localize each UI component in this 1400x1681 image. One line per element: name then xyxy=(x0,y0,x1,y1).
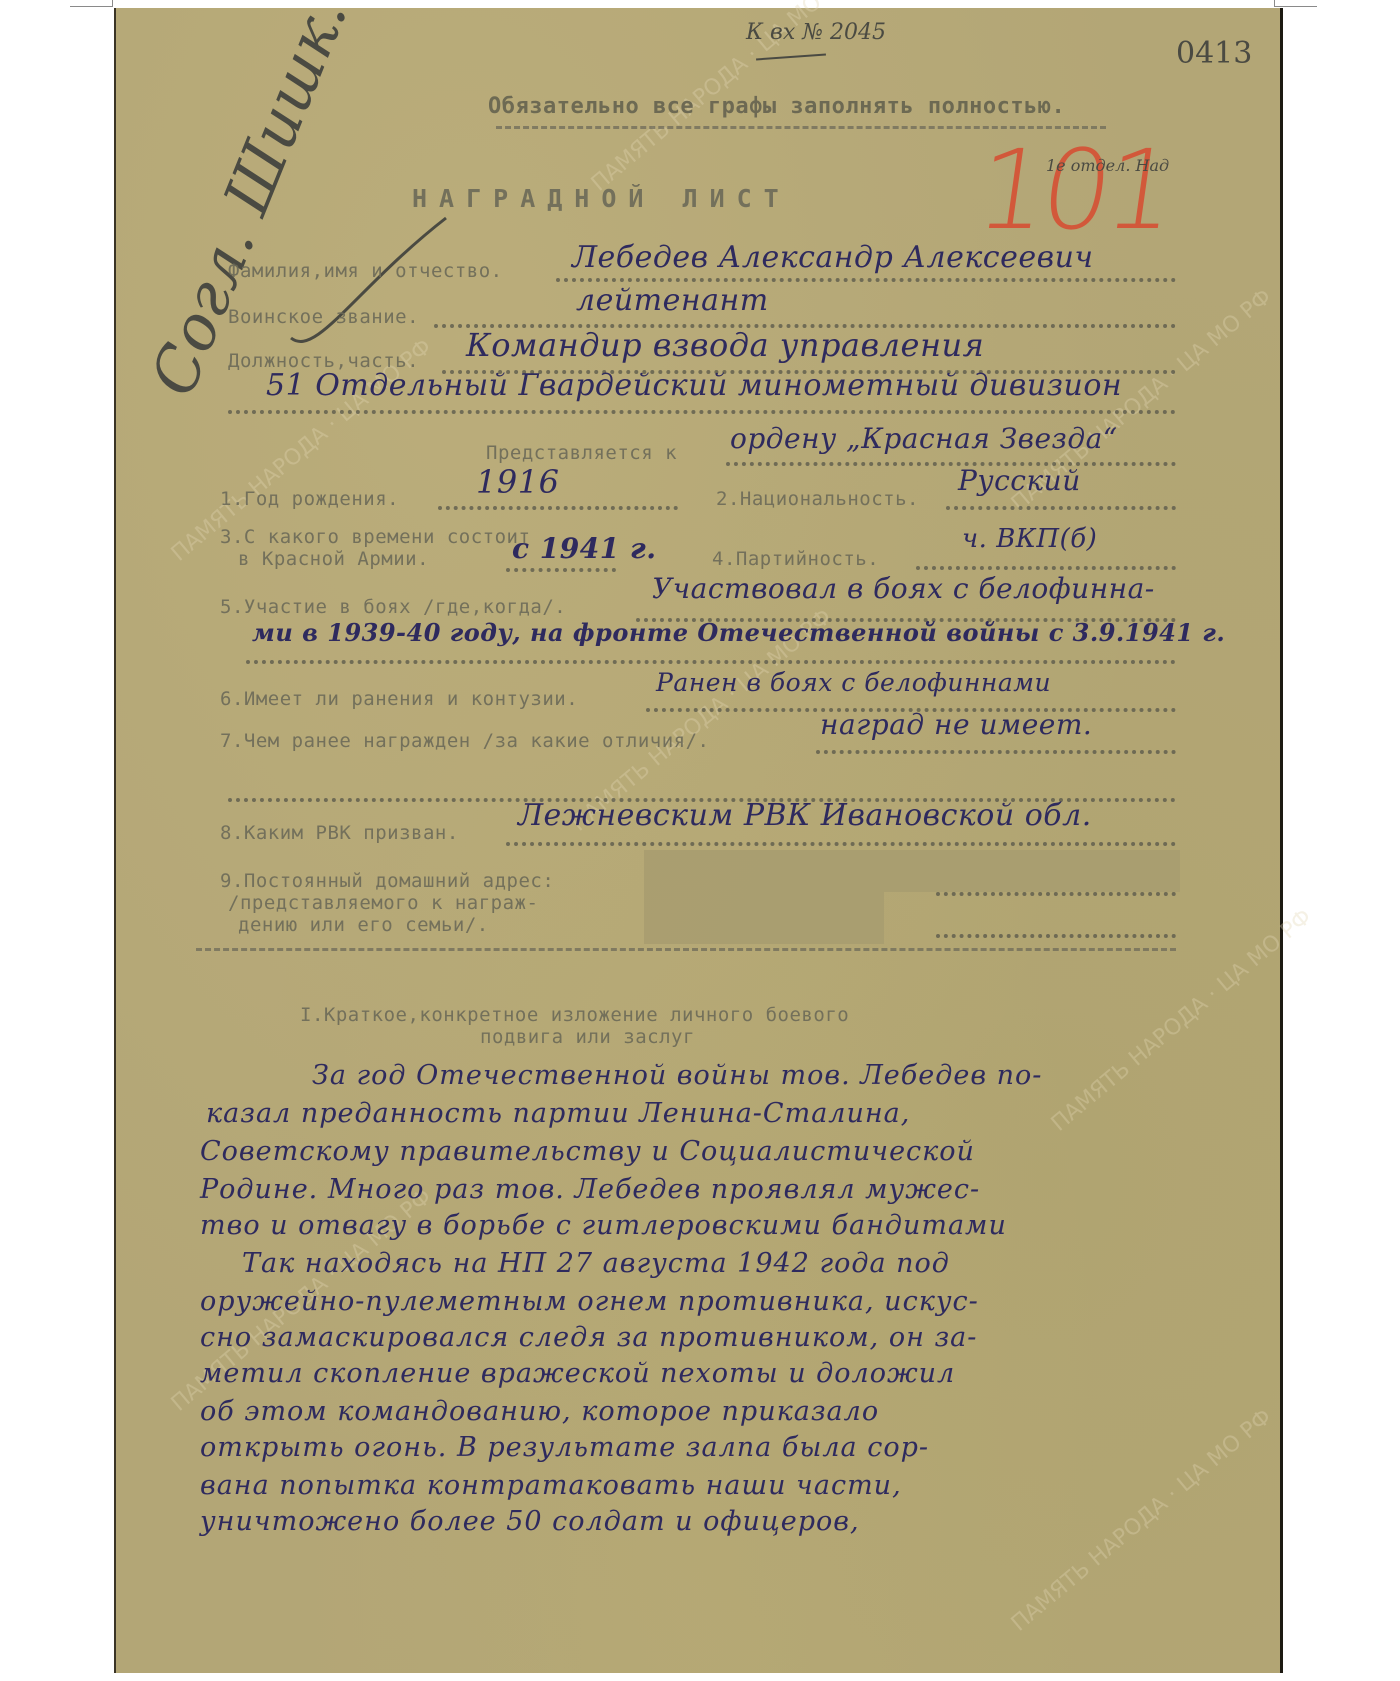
position-value-line1: Командир взвода управления xyxy=(466,326,984,364)
address-label-line2: /представляемого к награж- xyxy=(228,892,538,914)
narrative-line: уничтожено более 50 солдат и офицеров, xyxy=(200,1506,860,1537)
address-label-line3: дению или его семьи/. xyxy=(238,914,489,936)
page-corner-mark-right xyxy=(1274,0,1317,7)
narrative-line: оружейно-пулеметным огнем противника, ис… xyxy=(200,1286,979,1317)
battles-value-line1: Участвовал в боях с белофинна- xyxy=(652,572,1155,605)
narrative-line: открыть огонь. В результате залпа была с… xyxy=(200,1432,929,1463)
nominated-label: Представляется к xyxy=(486,442,677,464)
wounds-label: 6.Имеет ли ранения и контузии. xyxy=(220,688,578,710)
party-label: 4.Партийность. xyxy=(712,548,879,570)
narrative-line: Родине. Много раз тов. Лебедев проявлял … xyxy=(200,1174,980,1205)
name-value: Лебедев Александр Алексеевич xyxy=(572,240,1094,275)
section-heading-line2: подвига или заслуг xyxy=(480,1026,695,1048)
dotted-line xyxy=(246,660,1176,664)
dotted-line xyxy=(556,278,1176,282)
dotted-line xyxy=(916,566,1176,570)
nationality-value: Русский xyxy=(958,464,1081,497)
instruction-line: Обязательно все графы заполнять полность… xyxy=(488,94,1065,119)
address-label-line1: 9.Постоянный домашний адрес: xyxy=(220,870,554,892)
section-divider xyxy=(196,948,1176,951)
dotted-line xyxy=(506,842,1176,846)
red-pencil-number: 101 xyxy=(969,126,1179,254)
check-mark-icon xyxy=(286,208,456,358)
narrative-line: метил скопление вражеской пехоты и долож… xyxy=(200,1358,955,1389)
birth-year-label: 1.Год рождения. xyxy=(220,488,399,510)
narrative-line: казал преданность партии Ленина-Сталина, xyxy=(206,1098,910,1129)
dotted-line xyxy=(816,750,1176,754)
nationality-label: 2.Национальность. xyxy=(716,488,919,510)
incoming-number-note: К вх № 2045 xyxy=(746,20,886,45)
corner-pencil-note: 1е отдел. Над xyxy=(1046,156,1169,175)
narrative-line: Так находясь на НП 27 августа 1942 года … xyxy=(242,1248,950,1279)
section-heading-line1: I.Краткое,конкретное изложение личного б… xyxy=(300,1004,849,1026)
document-title: НАГРАДНОЙ ЛИСТ xyxy=(412,184,791,213)
dotted-line xyxy=(506,568,616,572)
dotted-line xyxy=(438,506,678,510)
service-since-label-line1: 3.С какого времени состоит xyxy=(220,526,530,548)
archive-number: 0413 xyxy=(1176,36,1252,71)
narrative-line: За год Отечественной войны тов. Лебедев … xyxy=(312,1060,1042,1091)
service-since-label-line2: в Красной Армии. xyxy=(238,548,429,570)
dotted-line xyxy=(936,934,1176,938)
watermark: ПАМЯТЬ НАРОДА · ЦА МО РФ xyxy=(1047,904,1317,1136)
dotted-line xyxy=(726,462,1176,466)
dotted-line xyxy=(228,410,1176,414)
nominated-award-value: ордену „Красная Звезда“ xyxy=(730,422,1118,455)
dotted-line xyxy=(936,892,1176,896)
birth-year-value: 1916 xyxy=(476,463,559,501)
draft-office-label: 8.Каким РВК призван. xyxy=(220,822,459,844)
narrative-line: Советскому правительству и Социалистичес… xyxy=(200,1136,975,1167)
prior-awards-label: 7.Чем ранее награжден /за какие отличия/… xyxy=(220,730,710,752)
narrative-line: об этом командованию, которое приказало xyxy=(200,1396,879,1427)
redacted-address-block xyxy=(644,892,884,944)
award-sheet-page: ПАМЯТЬ НАРОДА · ЦА МО РФ ПАМЯТЬ НАРОДА ·… xyxy=(114,8,1283,1673)
narrative-line: сно замаскировался следя за противником,… xyxy=(200,1322,977,1353)
narrative-line: вана попытка контратаковать наши части, xyxy=(200,1470,902,1501)
name-label: Фамилия,имя и отчество. xyxy=(228,260,503,282)
narrative-line: тво и отвагу в борьбе с гитлеровскими ба… xyxy=(200,1210,1007,1241)
dotted-line xyxy=(946,506,1176,510)
battles-label: 5.Участие в боях /где,когда/. xyxy=(220,596,566,618)
position-value-line2: 51 Отдельный Гвардейский минометный диви… xyxy=(266,368,1122,403)
prior-awards-value: наград не имеет. xyxy=(820,708,1092,741)
page-corner-mark-left xyxy=(70,0,113,7)
watermark: ПАМЯТЬ НАРОДА · ЦА МО РФ xyxy=(1007,1404,1277,1636)
rank-label: Воинское звание. xyxy=(228,306,419,328)
rank-value: лейтенант xyxy=(576,283,769,318)
service-since-value: с 1941 г. xyxy=(512,532,656,565)
battles-value-line2: ми в 1939-40 году, на фронте Отечественн… xyxy=(252,618,1225,647)
draft-office-value: Лежневским РВК Ивановской обл. xyxy=(518,798,1092,833)
redacted-address-block xyxy=(644,850,1180,892)
wounds-value: Ранен в боях с белофиннами xyxy=(656,668,1051,697)
party-value: ч. ВКП(б) xyxy=(962,524,1097,554)
